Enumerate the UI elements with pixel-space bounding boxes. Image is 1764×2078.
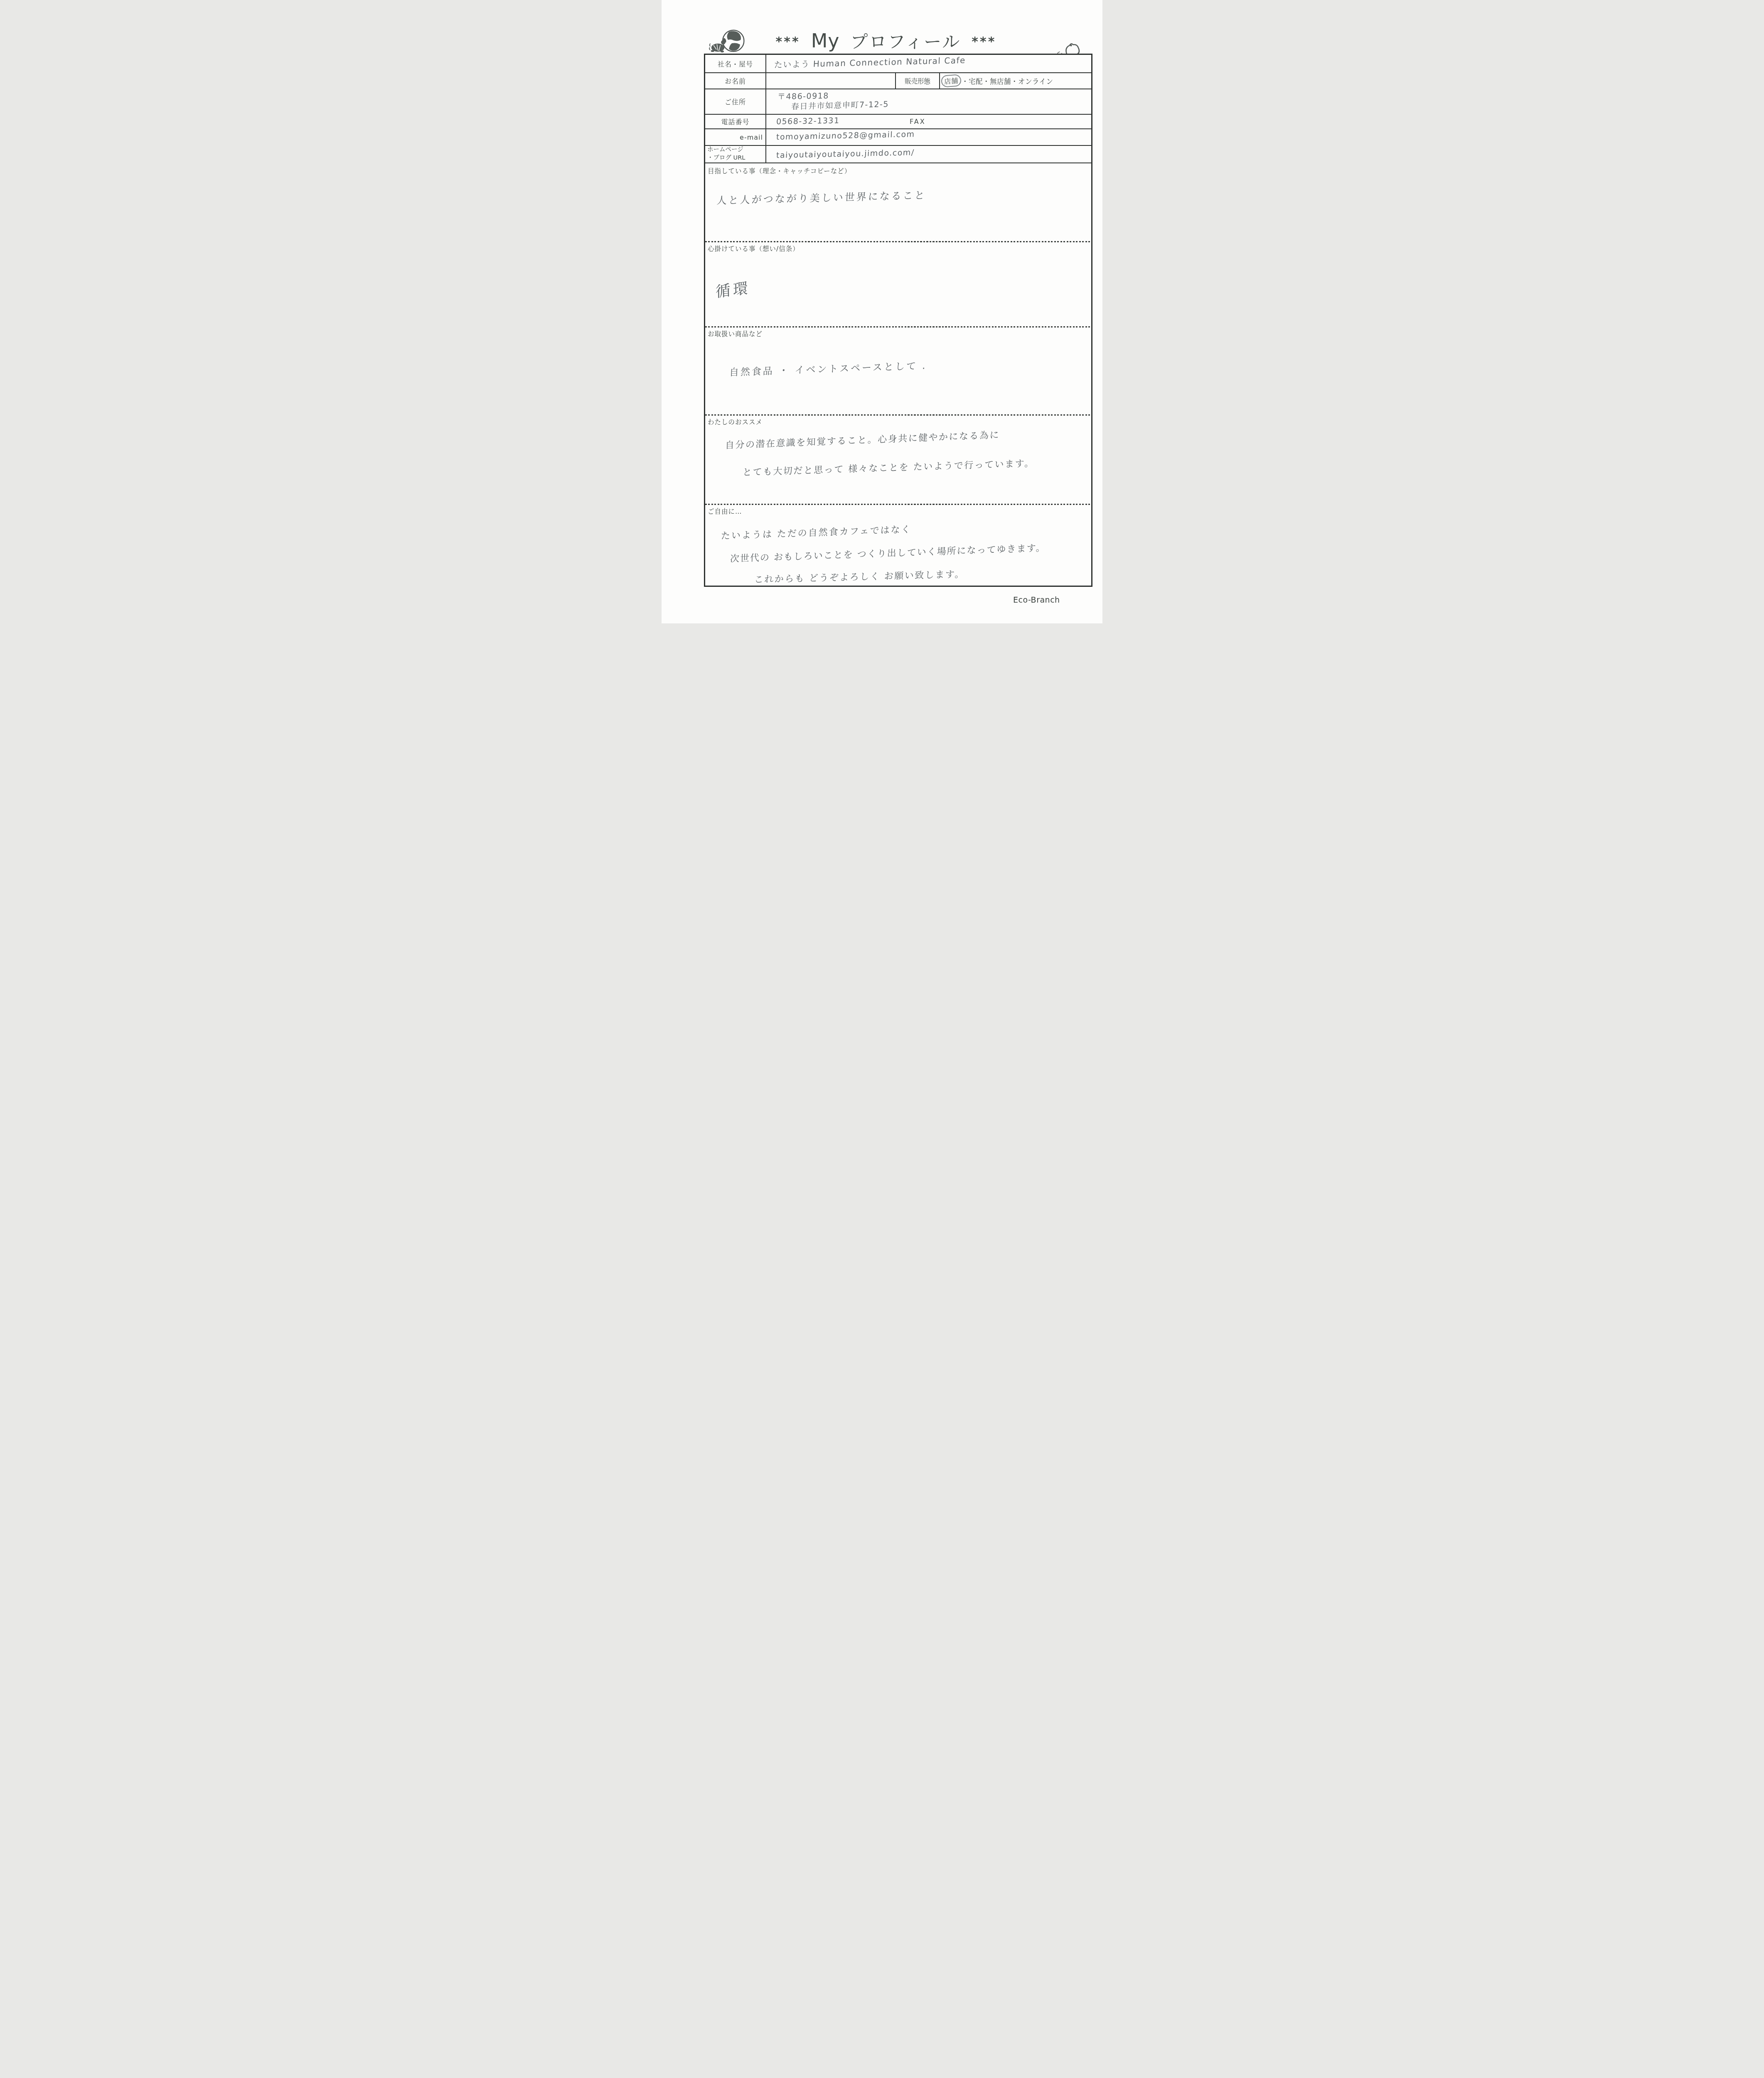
section-recommendation-handwriting-line1: 自分の潜在意識を知覚すること。心身共に健やかになる為に <box>725 428 1000 451</box>
section-products: お取扱い商品など 自然食品 ・ イベントスペースとして . <box>705 326 1091 414</box>
sales-format-label: 販売形態 <box>896 73 940 89</box>
section-mindset-handwriting: 循環 <box>716 276 750 302</box>
website-label: ホームページ ・ブログ URL <box>705 146 766 162</box>
title-word-en: My <box>811 30 840 52</box>
section-goals-title: 目指している事（理念・キャッチコピーなど） <box>705 163 1091 175</box>
address-value-cell: 〒486-0918 春日井市如意申町7-12-5 <box>766 89 1091 114</box>
section-free-space-title: ご自由に… <box>705 504 1091 516</box>
website-value-handwriting: taiyoutaiyoutaiyou.jimdo.com/ <box>776 148 915 160</box>
section-products-title: お取扱い商品など <box>705 326 1091 338</box>
section-free-space-handwriting-line1: たいようは ただの自然食カフェではなく <box>721 522 912 542</box>
phone-value-handwriting: 0568-32-1331 <box>776 116 840 126</box>
section-free-space-handwriting-line2: 次世代の おもしろいことを つくり出していく場所になってゆきます。 <box>730 541 1046 565</box>
email-value-handwriting: tomoyamizuno528@gmail.com <box>776 130 915 142</box>
sales-options-rest: ・宅配・無店舗・オンライン <box>962 76 1053 86</box>
company-label: 社名・屋号 <box>705 55 766 72</box>
section-goals: 目指している事（理念・キャッチコピーなど） 人と人がつながり美しい世界になること <box>705 163 1091 241</box>
row-company: 社名・屋号 たいよう Human Connection Natural Cafe <box>705 55 1091 73</box>
section-recommendation-handwriting-line2: とても大切だと思って 様々なことを たいようで行っています。 <box>742 456 1035 478</box>
sales-format-options: 店舗 ・宅配・無店舗・オンライン <box>940 73 1091 89</box>
section-free-space: ご自由に… たいようは ただの自然食カフェではなく 次世代の おもしろいことを … <box>705 504 1091 588</box>
footer-brand: Eco-Branch <box>1013 596 1060 605</box>
turtle-globe-logo <box>708 28 748 55</box>
dotted-divider <box>705 241 1091 242</box>
fax-label: FAX <box>910 118 926 126</box>
email-value-cell: tomoyamizuno528@gmail.com <box>766 129 1091 145</box>
scanned-profile-form: *** My プロフィール *** 社名・屋号 たいよう Human Conne… <box>662 0 1102 623</box>
section-free-space-handwriting-line3: これからも どうぞよろしく お願い致します。 <box>754 567 965 586</box>
email-label: e-mail <box>705 129 766 145</box>
row-phone: 電話番号 0568-32-1331 FAX <box>705 115 1091 129</box>
dotted-divider <box>705 326 1091 327</box>
website-value-cell: taiyoutaiyoutaiyou.jimdo.com/ <box>766 146 1091 162</box>
company-value-handwriting: たいよう Human Connection Natural Cafe <box>774 54 966 70</box>
row-website: ホームページ ・ブログ URL taiyoutaiyoutaiyou.jimdo… <box>705 146 1091 163</box>
name-label: お名前 <box>705 73 766 89</box>
phone-label: 電話番号 <box>705 115 766 128</box>
sales-option-circled: 店舗 <box>941 74 962 87</box>
row-email: e-mail tomoyamizuno528@gmail.com <box>705 129 1091 146</box>
company-value-cell: たいよう Human Connection Natural Cafe <box>766 55 1091 72</box>
section-recommendation: わたしのおススメ 自分の潜在意識を知覚すること。心身共に健やかになる為に とても… <box>705 414 1091 504</box>
profile-table: 社名・屋号 たいよう Human Connection Natural Cafe… <box>704 54 1092 587</box>
row-name: お名前 販売形態 店舗 ・宅配・無店舗・オンライン <box>705 73 1091 89</box>
section-recommendation-title: わたしのおススメ <box>705 414 1091 426</box>
row-address: ご住所 〒486-0918 春日井市如意申町7-12-5 <box>705 89 1091 115</box>
dotted-divider <box>705 414 1091 416</box>
website-label-line2: ・ブログ URL <box>707 154 745 162</box>
title-stars-right: *** <box>972 33 996 49</box>
section-mindset: 心掛けている事（想い/信条） 循環 <box>705 241 1091 326</box>
page-title: *** My プロフィール *** <box>757 27 1015 54</box>
title-word-jp: プロフィール <box>851 28 961 53</box>
phone-value-cell: 0568-32-1331 FAX <box>766 115 1091 128</box>
title-stars-left: *** <box>776 33 800 49</box>
dotted-divider <box>705 504 1091 505</box>
name-value-cell <box>766 73 896 89</box>
section-goals-handwriting: 人と人がつながり美しい世界になること <box>716 187 927 207</box>
section-products-handwriting: 自然食品 ・ イベントスペースとして . <box>729 358 927 379</box>
address-street-handwriting: 春日井市如意申町7-12-5 <box>791 98 889 112</box>
website-label-line1: ホームページ <box>707 146 743 154</box>
address-label: ご住所 <box>705 89 766 114</box>
section-mindset-title: 心掛けている事（想い/信条） <box>705 241 1091 253</box>
